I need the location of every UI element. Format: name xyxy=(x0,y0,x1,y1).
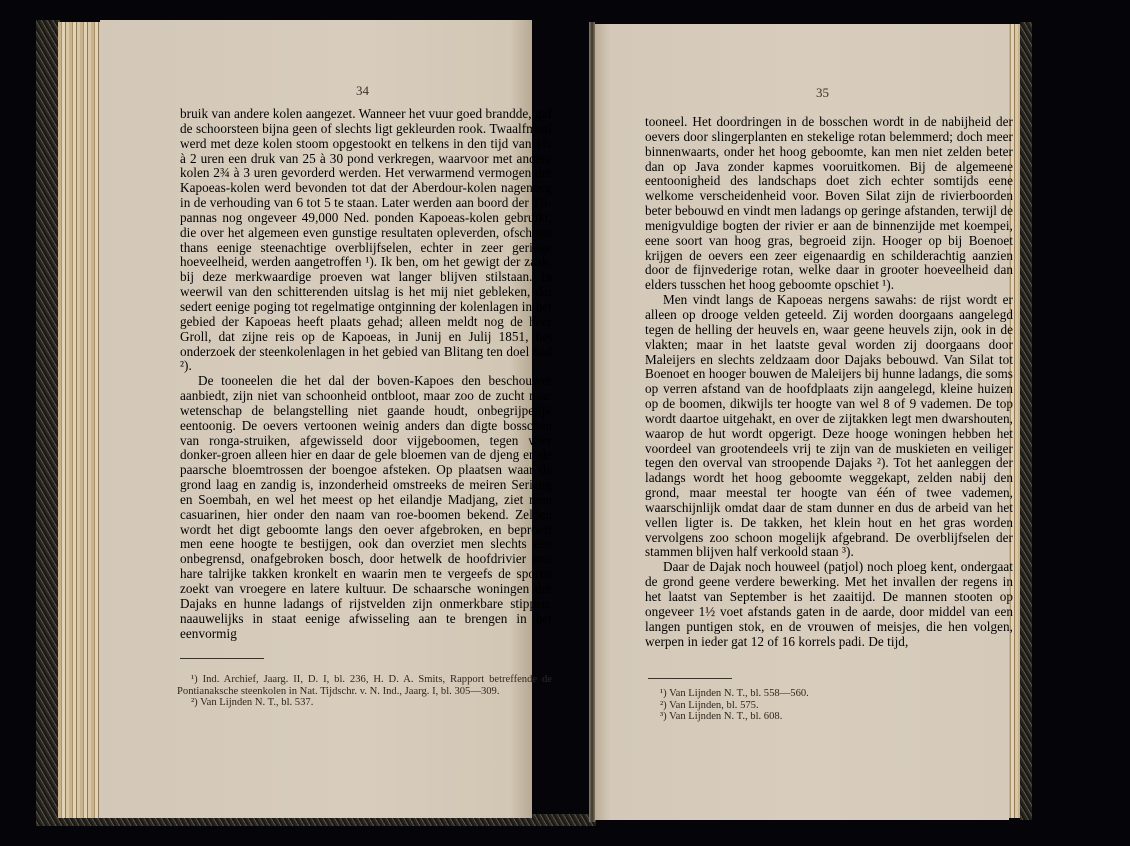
paragraph: Men vindt langs de Kapoeas nergens sawah… xyxy=(645,293,1013,560)
footnote: ³) Van Lijnden N. T., bl. 608. xyxy=(646,711,1006,723)
footnote: ²) Van Lijnden N. T., bl. 537. xyxy=(177,697,552,709)
paragraph: bruik van andere kolen aangezet. Wanneer… xyxy=(180,107,552,374)
page-edges-left xyxy=(58,22,102,818)
book-gutter xyxy=(589,22,595,822)
footnote-rule xyxy=(648,678,732,679)
left-page-body: bruik van andere kolen aangezet. Wanneer… xyxy=(180,107,552,641)
footnote-rule xyxy=(180,658,264,659)
book-cover-left xyxy=(36,20,60,826)
paragraph: tooneel. Het doordringen in de bosschen … xyxy=(645,115,1013,293)
footnote: ²) Van Lijnden, bl. 575. xyxy=(646,700,1006,712)
paragraph: Daar de Dajak noch houweel (patjol) noch… xyxy=(645,560,1013,649)
page-number-left: 34 xyxy=(356,83,369,99)
left-footnotes: ¹) Ind. Archief, Jaarg. II, D. I, bl. 23… xyxy=(177,674,552,709)
right-page-body: tooneel. Het doordringen in de bosschen … xyxy=(645,115,1013,649)
right-footnotes: ¹) Van Lijnden N. T., bl. 558—560. ²) Va… xyxy=(646,688,1006,723)
footnote: ¹) Ind. Archief, Jaarg. II, D. I, bl. 23… xyxy=(177,674,552,697)
book-cover-right xyxy=(1020,22,1032,820)
footnote: ¹) Van Lijnden N. T., bl. 558—560. xyxy=(646,688,1006,700)
page-number-right: 35 xyxy=(816,85,829,101)
paragraph: De tooneelen die het dal der boven-Kapoe… xyxy=(180,374,552,641)
